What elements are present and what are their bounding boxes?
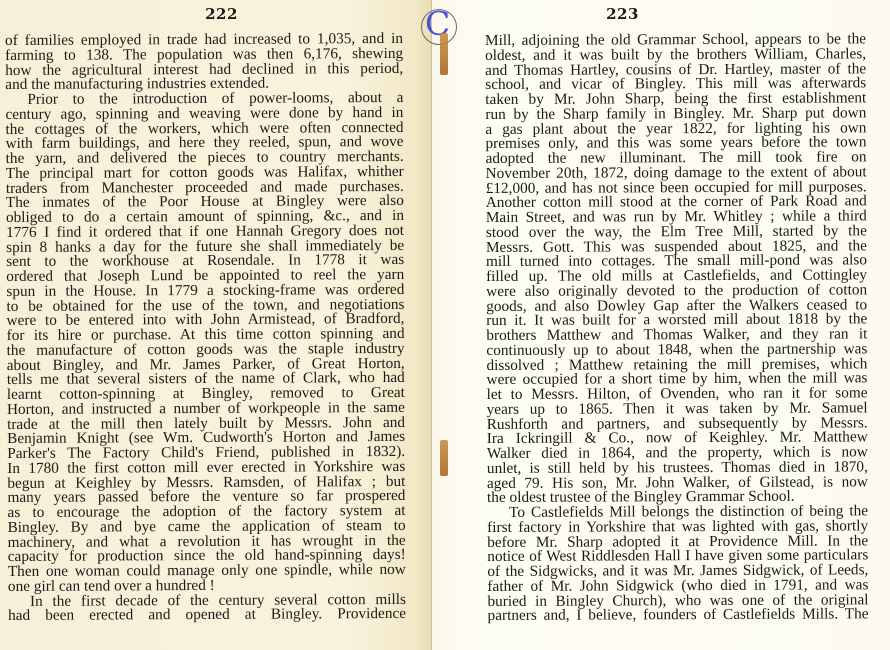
right-page: 223 Mill, adjoining the old Grammar Scho… — [432, 0, 890, 650]
left-page: 222 of families employed in trade had in… — [0, 0, 432, 650]
left-page-body: of families employed in trade had increa… — [5, 32, 406, 624]
page-number-right: 223 — [485, 1, 890, 34]
right-page-body: Mill, adjoining the old Grammar School, … — [485, 32, 869, 624]
book-spread: 222 of families employed in trade had in… — [0, 0, 890, 650]
binding-tear-mark — [440, 33, 448, 75]
copyright-stamp-icon: C — [421, 9, 457, 45]
text-line: had been erected and opened at Bingley. … — [8, 607, 406, 624]
page-number-left: 222 — [5, 1, 420, 34]
text-line: partners and, I believe, founders of Cas… — [488, 608, 869, 624]
binding-tear-mark — [440, 440, 448, 476]
